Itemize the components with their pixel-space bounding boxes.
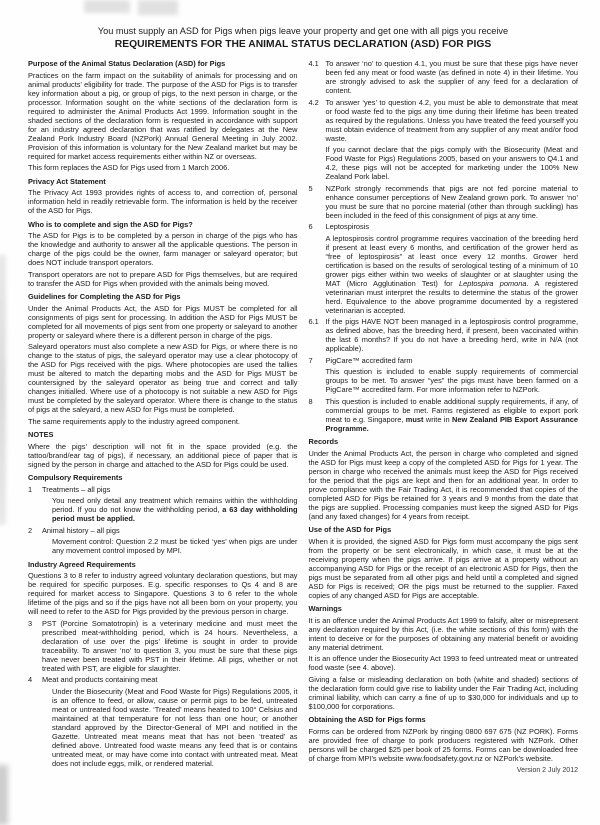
text-run: must	[406, 415, 424, 424]
paragraph: Under the Animal Products Act, the ASD f…	[28, 304, 298, 340]
section-heading: Records	[309, 437, 579, 446]
document-page: You must supply an ASD for Pigs when pig…	[0, 0, 600, 825]
text-run: Practices on the farm impact on the suit…	[28, 71, 298, 161]
text-run: Treatments – all pigs	[42, 485, 110, 494]
doc-header: You must supply an ASD for Pigs when pig…	[28, 26, 578, 51]
item-text: Meat and products containing meat	[42, 675, 298, 684]
text-run: Giving a false or misleading declaration…	[309, 675, 579, 711]
paragraph: You need only detail any treatment which…	[52, 496, 298, 523]
item-text: PST (Porcine Somatotropin) is a veterina…	[42, 619, 298, 673]
text-run: Transport operators are not to prepare A…	[28, 270, 298, 288]
section-heading: Who is to complete and sign the ASD for …	[28, 220, 298, 229]
text-run: Industry Agreed Requirements	[28, 560, 136, 569]
text-run: PST (Porcine Somatotropin) is a veterina…	[42, 619, 298, 673]
text-run: Leptospirosis	[326, 222, 370, 231]
item-number: 4	[28, 675, 42, 684]
paragraph: If you cannot declare that the pigs comp…	[326, 145, 579, 181]
text-run: Guidelines for Completing the ASD for Pi…	[28, 292, 180, 301]
text-run: Movement control: Question 2.2 must be t…	[52, 537, 298, 555]
numbered-item: 7PigCare™ accredited farm	[309, 356, 579, 365]
text-run: NOTES	[28, 430, 53, 439]
section-heading: Privacy Act Statement	[28, 177, 298, 186]
scan-artifact	[0, 255, 6, 525]
paragraph: Movement control: Question 2.2 must be t…	[52, 537, 298, 555]
header-instruction: You must supply an ASD for Pigs when pig…	[28, 26, 578, 37]
text-run: This form replaces the ASD for Pigs used…	[28, 163, 229, 172]
numbered-item: 5NZPork strongly recommends that pigs ar…	[309, 184, 579, 220]
scan-artifact	[0, 765, 8, 825]
text-run: If you cannot declare that the pigs comp…	[326, 145, 579, 181]
paragraph: Practices on the farm impact on the suit…	[28, 71, 298, 161]
item-text: Leptospirosis	[326, 222, 579, 231]
item-number: 6.1	[309, 317, 326, 353]
section-heading: Obtaining the ASD for Pigs forms	[309, 715, 579, 724]
paragraph: It is an offence under the Biosecurity A…	[309, 654, 579, 672]
text-run: write in	[423, 415, 452, 424]
text-run: Animal history – all pigs	[42, 526, 120, 535]
item-text: PigCare™ accredited farm	[326, 356, 579, 365]
text-run: The same requirements apply to the indus…	[28, 417, 240, 426]
paragraph: The ASD for Pigs is to be completed by a…	[28, 231, 298, 267]
text-run: Under the Animal Products Act, the perso…	[309, 449, 579, 521]
section-heading: Warnings	[309, 604, 579, 613]
text-run: Purpose of the Animal Status Declaration…	[28, 59, 225, 68]
item-number: 3	[28, 619, 42, 673]
numbered-item: 6.1If the pigs HAVE NOT been managed in …	[309, 317, 579, 353]
text-run: Warnings	[309, 604, 342, 613]
item-number: 1	[28, 485, 42, 494]
paragraph: It is an offence under the Animal Produc…	[309, 616, 579, 652]
text-run: Records	[309, 437, 339, 446]
paragraph: This form replaces the ASD for Pigs used…	[28, 163, 298, 172]
paragraph: Giving a false or misleading declaration…	[309, 675, 579, 711]
text-run: Privacy Act Statement	[28, 177, 106, 186]
numbered-item: 3PST (Porcine Somatotropin) is a veterin…	[28, 619, 298, 673]
text-run: Obtaining the ASD for Pigs forms	[309, 715, 426, 724]
text-run: If the pigs HAVE NOT been managed in a l…	[326, 317, 579, 353]
text-run: The Privacy Act 1993 provides rights of …	[28, 188, 298, 215]
item-text: If the pigs HAVE NOT been managed in a l…	[326, 317, 579, 353]
paragraph: Under the Biosecurity (Meat and Food Was…	[52, 687, 298, 768]
version-label: Version 2 July 2012	[309, 766, 579, 775]
text-run: Questions 3 to 8 refer to industry agree…	[28, 571, 298, 616]
numbered-item: 6Leptospirosis	[309, 222, 579, 231]
item-text: Treatments – all pigs	[42, 485, 298, 494]
item-number: 2	[28, 526, 42, 535]
item-text: Animal history – all pigs	[42, 526, 298, 535]
paragraph: Questions 3 to 8 refer to industry agree…	[28, 571, 298, 616]
item-number: 6	[309, 222, 326, 231]
text-run: Under the Animal Products Act, the ASD f…	[28, 304, 298, 340]
paragraph: Under the Animal Products Act, the perso…	[309, 449, 579, 521]
item-number: 7	[309, 356, 326, 365]
item-text: To answer ‘no’ to question 4.1, you must…	[326, 59, 579, 95]
item-number: 8	[309, 397, 326, 433]
text-run: To answer ‘no’ to question 4.1, you must…	[326, 59, 579, 95]
item-number: 4.1	[309, 59, 326, 95]
paragraph: When it is provided, the signed ASD for …	[309, 537, 579, 600]
numbered-item: 1Treatments – all pigs	[28, 485, 298, 494]
text-run: Where the pigs’ description will not fit…	[28, 442, 298, 469]
text-run: Who is to complete and sign the ASD for …	[28, 220, 193, 229]
item-text: To answer ‘yes’ to question 4.2, you mus…	[326, 98, 579, 143]
text-run: This question is included to enable supp…	[326, 367, 579, 394]
section-heading: NOTES	[28, 430, 298, 439]
document-body: Purpose of the Animal Status Declaration…	[28, 59, 578, 775]
item-text: This question is included to enable addi…	[326, 397, 579, 433]
scan-artifact	[138, 0, 178, 15]
text-run: Use of the ASD for Pigs	[309, 525, 392, 534]
paragraph: The same requirements apply to the indus…	[28, 417, 298, 426]
text-run: NZPork strongly recommends that pigs are…	[326, 184, 579, 220]
left-column: Purpose of the Animal Status Declaration…	[28, 59, 298, 775]
text-run: It is an offence under the Animal Produc…	[309, 616, 579, 652]
section-heading: Guidelines for Completing the ASD for Pi…	[28, 292, 298, 301]
text-run: Forms can be ordered from NZPork by ring…	[309, 727, 579, 763]
text-run: PigCare™ accredited farm	[326, 356, 413, 365]
paragraph: The Privacy Act 1993 provides rights of …	[28, 188, 298, 215]
text-run: Leptospira pomona	[459, 279, 526, 288]
item-number: 4.2	[309, 98, 326, 143]
numbered-item: 4Meat and products containing meat	[28, 675, 298, 684]
paragraph: Saleyard operators must also complete a …	[28, 342, 298, 414]
page-title: REQUIREMENTS FOR THE ANIMAL STATUS DECLA…	[28, 38, 578, 51]
scan-artifact	[84, 0, 130, 13]
numbered-item: 4.2To answer ‘yes’ to question 4.2, you …	[309, 98, 579, 143]
item-text: NZPork strongly recommends that pigs are…	[326, 184, 579, 220]
numbered-item: 8This question is included to enable add…	[309, 397, 579, 433]
text-run: Compulsory Requirements	[28, 473, 122, 482]
paragraph: Forms can be ordered from NZPork by ring…	[309, 727, 579, 763]
text-run: The ASD for Pigs is to be completed by a…	[28, 231, 298, 267]
text-run: To answer ‘yes’ to question 4.2, you mus…	[326, 98, 579, 143]
numbered-item: 2Animal history – all pigs	[28, 526, 298, 535]
item-number: 5	[309, 184, 326, 220]
section-heading: Compulsory Requirements	[28, 473, 298, 482]
paragraph: Transport operators are not to prepare A…	[28, 270, 298, 288]
paragraph: A leptospirosis control programme requir…	[326, 234, 579, 315]
text-run: Saleyard operators must also complete a …	[28, 342, 298, 414]
section-heading: Industry Agreed Requirements	[28, 560, 298, 569]
text-run: It is an offence under the Biosecurity A…	[309, 654, 579, 672]
right-column: 4.1To answer ‘no’ to question 4.1, you m…	[309, 59, 579, 775]
text-run: Under the Biosecurity (Meat and Food Was…	[52, 687, 298, 768]
paragraph: Where the pigs’ description will not fit…	[28, 442, 298, 469]
section-heading: Purpose of the Animal Status Declaration…	[28, 59, 298, 68]
text-run: When it is provided, the signed ASD for …	[309, 537, 579, 600]
section-heading: Use of the ASD for Pigs	[309, 525, 579, 534]
numbered-item: 4.1To answer ‘no’ to question 4.1, you m…	[309, 59, 579, 95]
text-run: Meat and products containing meat	[42, 675, 157, 684]
paragraph: This question is included to enable supp…	[326, 367, 579, 394]
